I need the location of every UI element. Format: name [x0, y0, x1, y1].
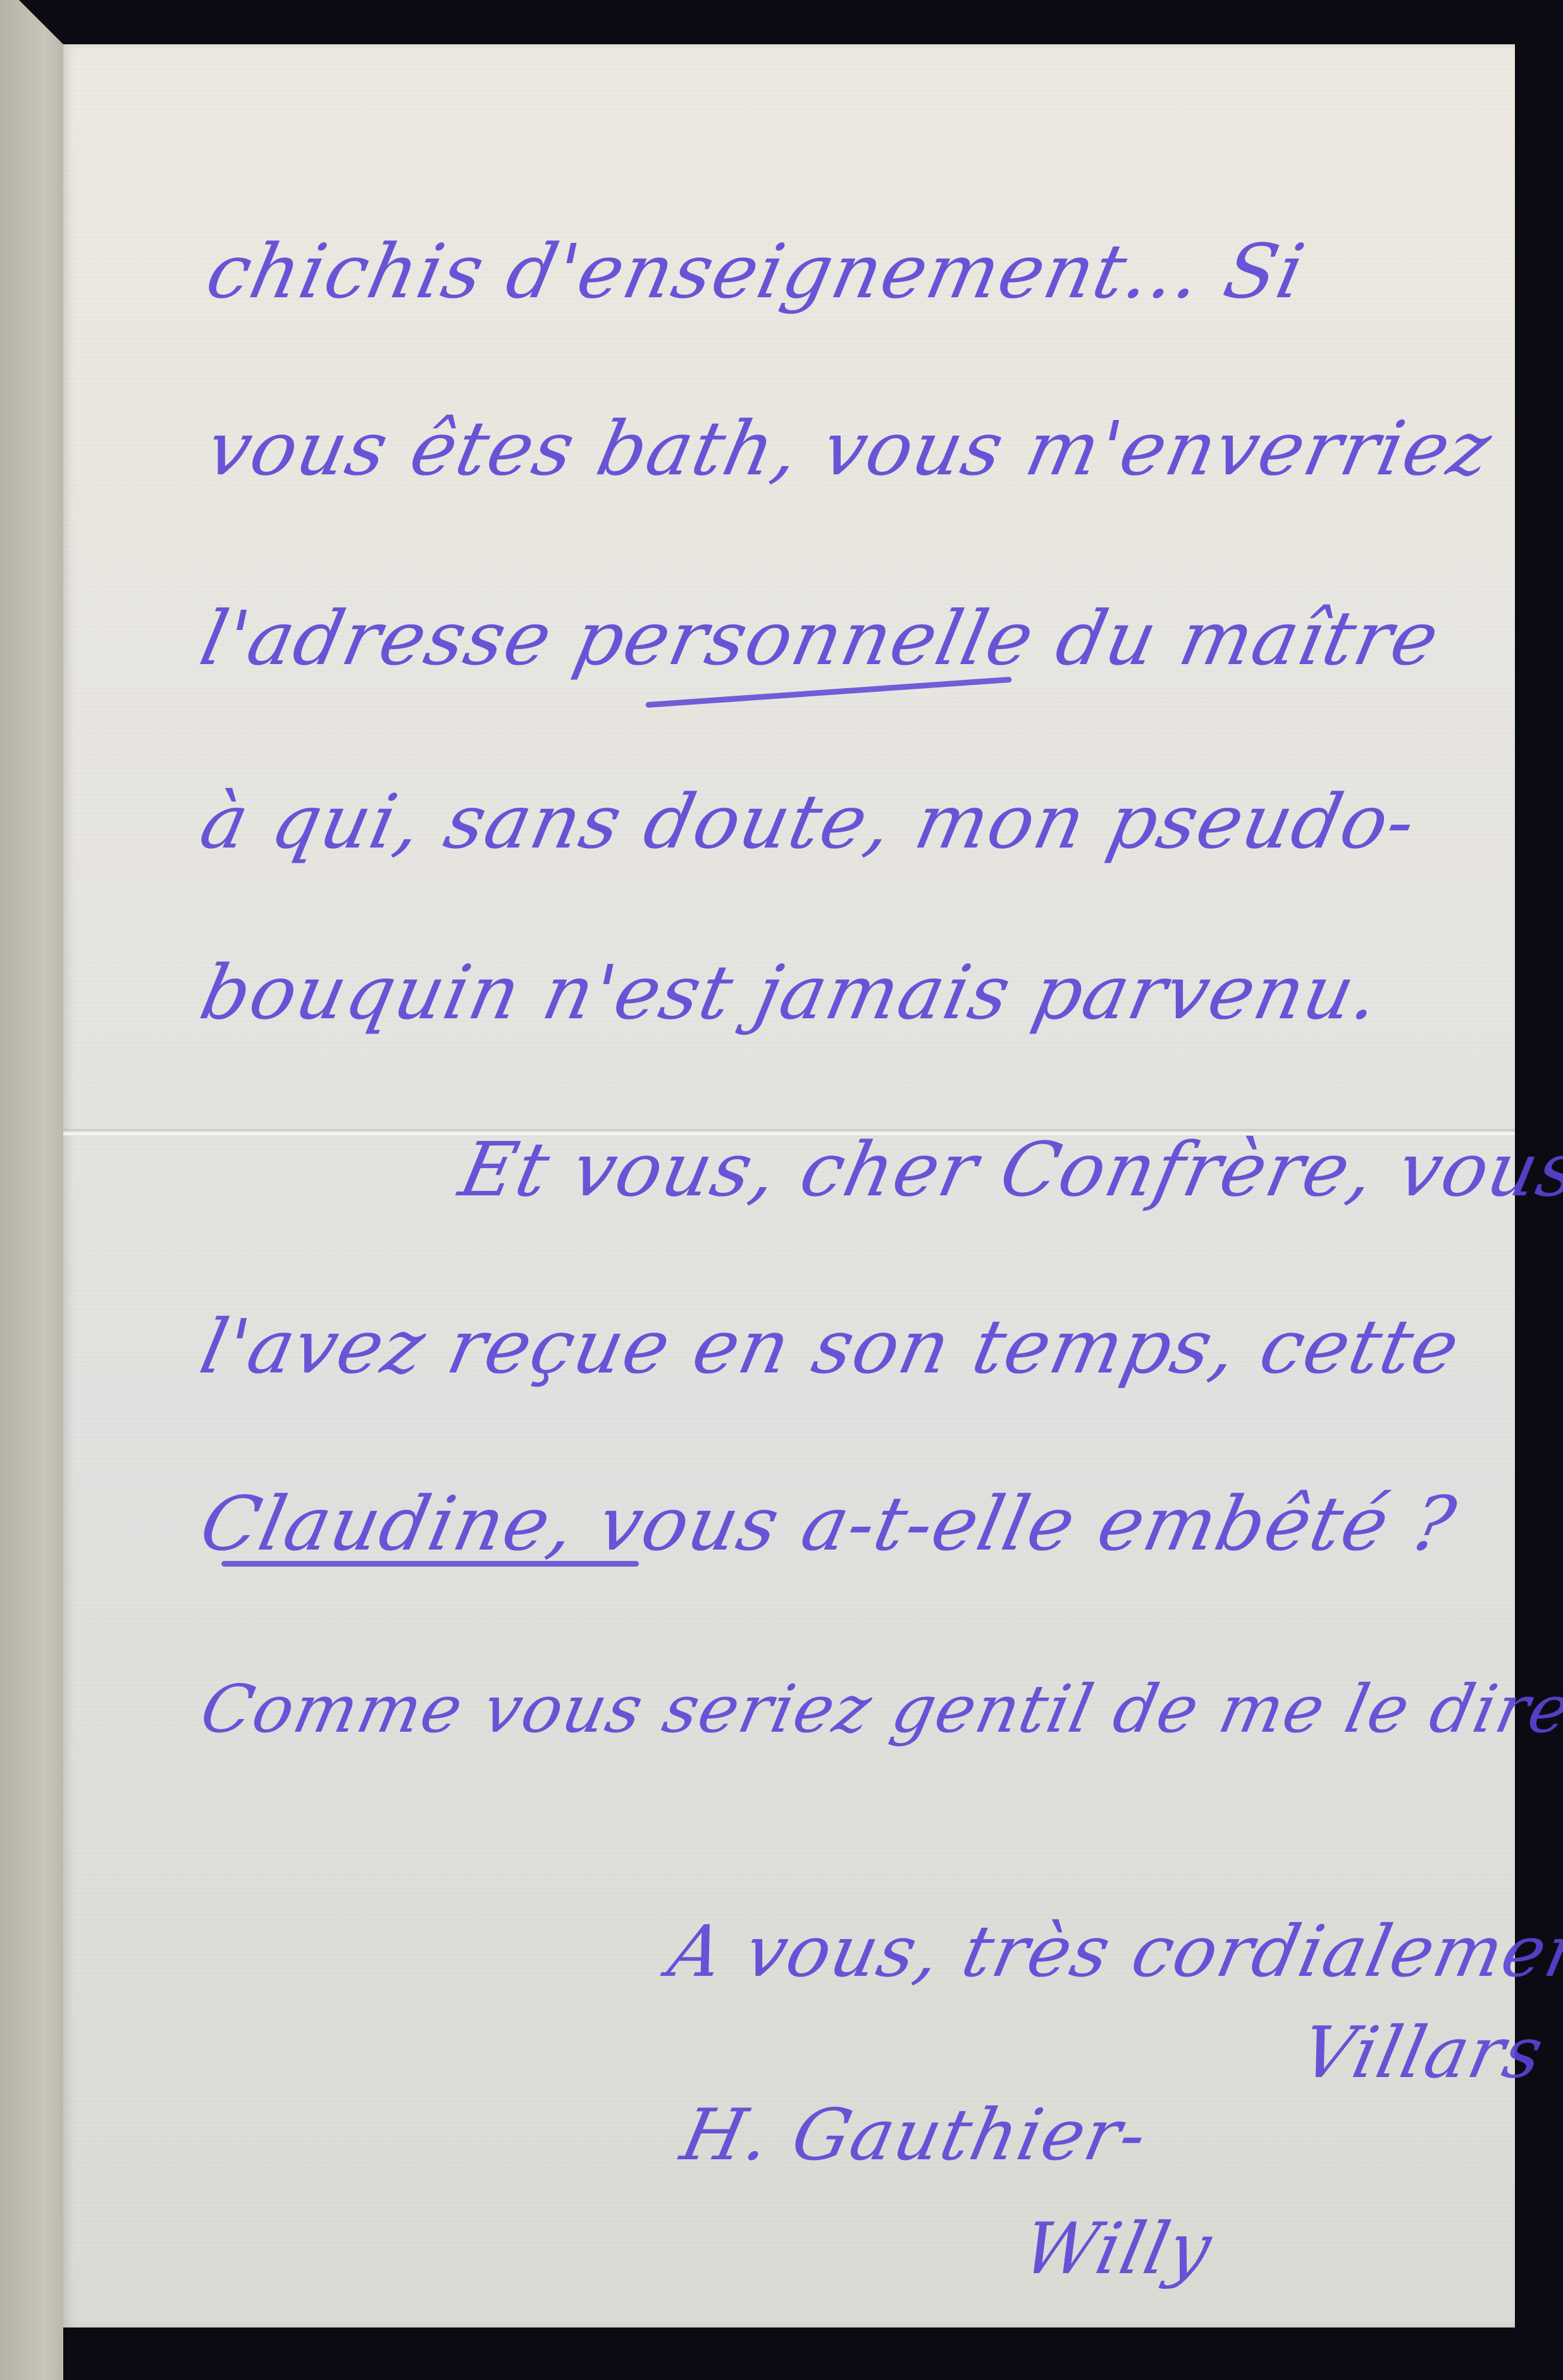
- letter-line-9: Comme vous seriez gentil de me le dire !: [195, 1676, 1563, 1742]
- signature-willy: Willy: [1017, 2214, 1218, 2284]
- letter-line-4: à qui, sans doute, mon pseudo-: [194, 784, 1423, 859]
- letter-line-3: l'adresse personnelle du maître: [194, 601, 1446, 675]
- letter-line-5: bouquin n'est jamais parvenu.: [194, 955, 1387, 1030]
- signature-gauthier: H. Gauthier-: [676, 2100, 1154, 2171]
- letter-line-1: chichis d'enseignement... Si: [201, 234, 1311, 309]
- signature-villars: Villars: [1295, 2018, 1550, 2088]
- closing-line: A vous, très cordialement: [663, 1916, 1563, 1987]
- previous-page-leaf: [0, 0, 63, 2380]
- letter-line-2: vous êtes bath, vous m'enverriez: [201, 411, 1498, 486]
- letter-line-7: l'avez reçue en son temps, cette: [194, 1309, 1466, 1384]
- letter-page: chichis d'enseignement... Si vous êtes b…: [63, 44, 1515, 2328]
- letter-line-8: Claudine, vous a-t-elle embêté ?: [194, 1486, 1462, 1561]
- letter-line-6: Et vous, cher Confrère, vous: [454, 1132, 1563, 1207]
- underline-claudine: [221, 1561, 639, 1567]
